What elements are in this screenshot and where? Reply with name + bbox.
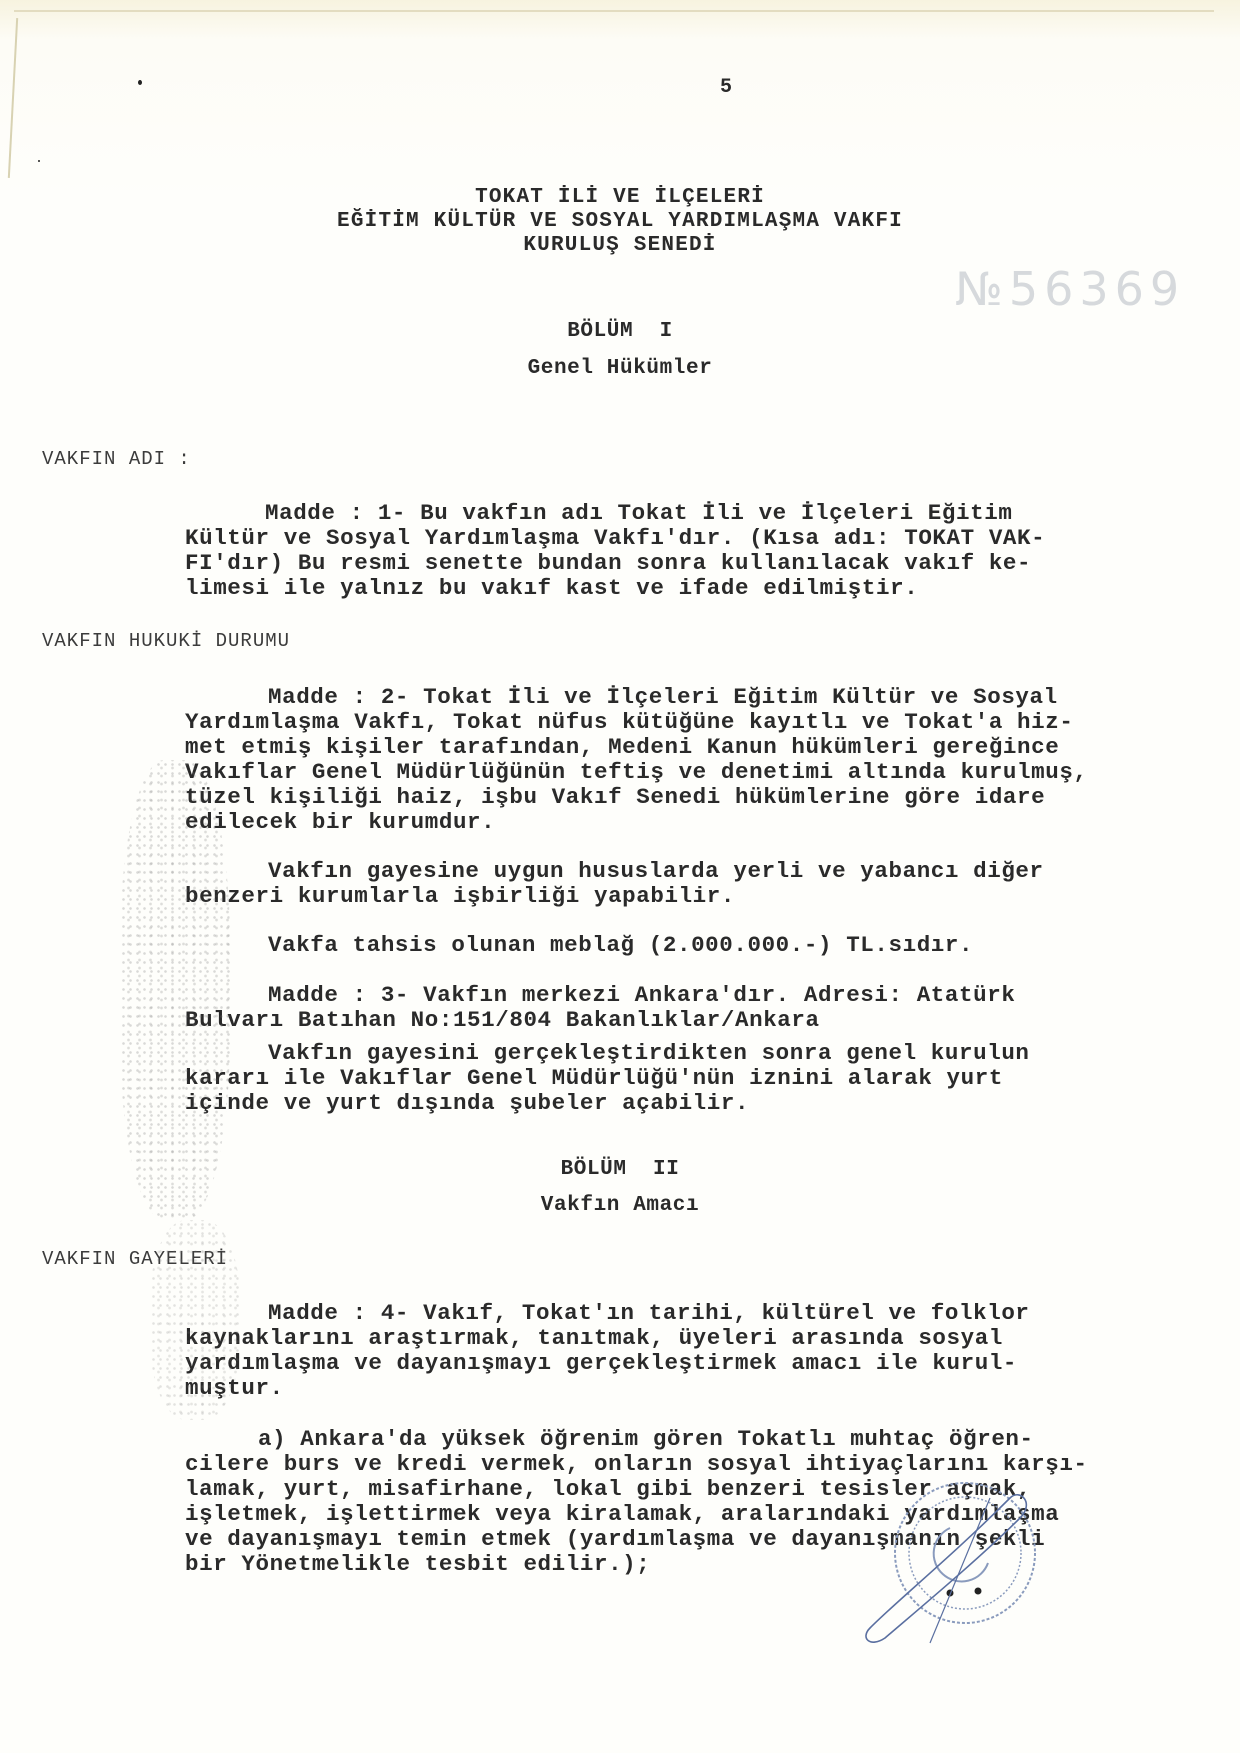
madde-1-line: limesi ile yalnız bu vakıf kast ve ifade…: [185, 575, 918, 601]
part1-heading: BÖLÜM I: [0, 320, 1240, 343]
item-a-line: cilere burs ve kredi vermek, onların sos…: [185, 1451, 1088, 1477]
madde-2-line: edilecek bir kurumdur.: [185, 809, 495, 835]
ink-speck: [138, 80, 142, 85]
madde-4-line: Madde : 4- Vakıf, Tokat'ın tarihi, kültü…: [268, 1300, 1030, 1326]
scan-noise-left: [120, 760, 230, 1220]
item-a-line: a) Ankara'da yüksek öğrenim gören Tokatl…: [258, 1426, 1034, 1452]
header-line-1: TOKAT İLİ VE İLÇELERİ: [0, 186, 1240, 209]
madde-4-line: yardımlaşma ve dayanışmayı gerçekleştirm…: [185, 1350, 1017, 1376]
endowment-amount-line: Vakfa tahsis olunan meblağ (2.000.000.-)…: [268, 932, 973, 958]
header-line-2: EĞİTİM KÜLTÜR VE SOSYAL YARDIMLAŞMA VAKF…: [0, 210, 1240, 233]
header-line-3: KURULUŞ SENEDİ: [0, 234, 1240, 257]
paragraph-line: içinde ve yurt dışında şubeler açabilir.: [185, 1090, 749, 1116]
madde-2-line: Madde : 2- Tokat İli ve İlçeleri Eğitim …: [268, 684, 1058, 710]
madde-2-line: Vakıflar Genel Müdürlüğünün teftiş ve de…: [185, 759, 1088, 785]
madde-3-line: Madde : 3- Vakfın merkezi Ankara'dır. Ad…: [268, 982, 1015, 1008]
scan-noise-left: [150, 1220, 240, 1420]
madde-4-line: kaynaklarını araştırmak, tanıtmak, üyele…: [185, 1325, 1003, 1351]
official-seal-icon: [860, 1478, 1050, 1648]
madde-2-line: tüzel kişiliği haiz, işbu Vakıf Senedi h…: [185, 784, 1045, 810]
madde-1-line: FI'dır) Bu resmi senette bundan sonra ku…: [185, 550, 1031, 576]
paragraph-line: Vakfın gayesini gerçekleştirdikten sonra…: [268, 1040, 1030, 1066]
registry-number-stamp: №56369: [955, 262, 1185, 316]
madde-2-line: Yardımlaşma Vakfı, Tokat nüfus kütüğüne …: [185, 709, 1073, 735]
paper-edge-top: [14, 10, 1214, 12]
section-label-hukuki-durum: VAKFIN HUKUKİ DURUMU: [42, 630, 290, 652]
paper-edge-left: [8, 18, 18, 178]
madde-3-address-line: Bulvarı Batıhan No:151/804 Bakanlıklar/A…: [185, 1007, 820, 1033]
paragraph-line: kararı ile Vakıflar Genel Müdürlüğü'nün …: [185, 1065, 1003, 1091]
paragraph-line: Vakfın gayesine uygun hususlarda yerli v…: [268, 858, 1044, 884]
scanned-document-page: 5 TOKAT İLİ VE İLÇELERİ EĞİTİM KÜLTÜR VE…: [0, 0, 1240, 1753]
part1-subheading: Genel Hükümler: [0, 357, 1240, 380]
madde-2-line: met etmiş kişiler tarafından, Medeni Kan…: [185, 734, 1059, 760]
ink-speck: [38, 160, 40, 162]
item-a-line: bir Yönetmelikle tesbit edilir.);: [185, 1551, 650, 1577]
section-label-vakfin-adi: VAKFIN ADI :: [42, 448, 191, 470]
page-marker: 5: [720, 76, 733, 99]
paragraph-line: benzeri kurumlarla işbirliği yapabilir.: [185, 883, 735, 909]
madde-1-line: Madde : 1- Bu vakfın adı Tokat İli ve İl…: [265, 500, 1012, 526]
madde-1-line: Kültür ve Sosyal Yardımlaşma Vakfı'dır. …: [185, 525, 1045, 551]
